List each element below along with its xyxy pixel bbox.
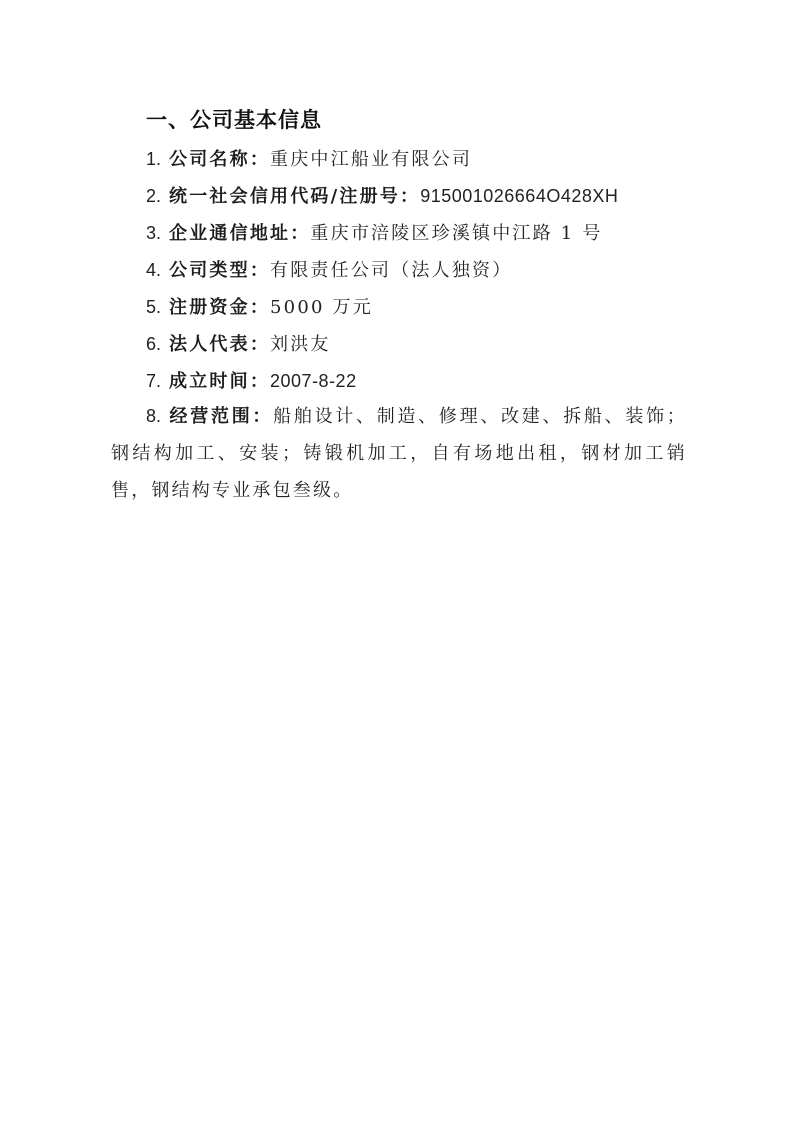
item-value: 刘洪友 bbox=[270, 334, 331, 355]
item-number: 8. bbox=[146, 406, 161, 426]
item-value: 915001026664O428XH bbox=[420, 186, 618, 206]
info-item-credit-code: 2.统一社会信用代码/注册号：915001026664O428XH bbox=[146, 182, 618, 208]
item-label: 经营范围： bbox=[169, 406, 273, 427]
item-number: 6. bbox=[146, 334, 161, 354]
item-number: 4. bbox=[146, 260, 161, 280]
item-value: 有限责任公司（法人独资） bbox=[270, 260, 512, 281]
item-value: 重庆中江船业有限公司 bbox=[270, 149, 472, 170]
info-item-company-type: 4.公司类型：有限责任公司（法人独资） bbox=[146, 256, 512, 282]
item-number: 7. bbox=[146, 371, 161, 391]
item-number: 3. bbox=[146, 223, 161, 243]
item-number: 1. bbox=[146, 149, 161, 169]
info-item-business-scope: 8.经营范围：船舶设计、制造、修理、改建、拆船、装饰；钢结构加工、安装；铸锻机加… bbox=[111, 398, 687, 509]
item-label: 统一社会信用代码/注册号： bbox=[169, 186, 420, 207]
document-page: 一、公司基本信息 1.公司名称：重庆中江船业有限公司 2.统一社会信用代码/注册… bbox=[0, 0, 793, 1122]
item-label: 公司名称： bbox=[169, 149, 270, 170]
info-item-founded-date: 7.成立时间：2007-8-22 bbox=[146, 367, 357, 393]
item-number: 2. bbox=[146, 186, 161, 206]
info-item-registered-capital: 5.注册资金：5000 万元 bbox=[146, 293, 373, 319]
item-label: 公司类型： bbox=[169, 260, 270, 281]
info-item-company-name: 1.公司名称：重庆中江船业有限公司 bbox=[146, 145, 472, 171]
item-label: 企业通信地址： bbox=[169, 223, 310, 244]
item-label: 成立时间： bbox=[169, 371, 270, 392]
section-heading: 一、公司基本信息 bbox=[146, 104, 322, 134]
item-value: 5000 万元 bbox=[270, 297, 373, 318]
info-item-address: 3.企业通信地址：重庆市涪陵区珍溪镇中江路 1 号 bbox=[146, 219, 603, 245]
info-item-legal-representative: 6.法人代表：刘洪友 bbox=[146, 330, 331, 356]
item-value: 2007-8-22 bbox=[270, 371, 357, 391]
item-label: 法人代表： bbox=[169, 334, 270, 355]
item-label: 注册资金： bbox=[169, 297, 270, 318]
item-number: 5. bbox=[146, 297, 161, 317]
item-value: 重庆市涪陵区珍溪镇中江路 1 号 bbox=[310, 223, 602, 244]
